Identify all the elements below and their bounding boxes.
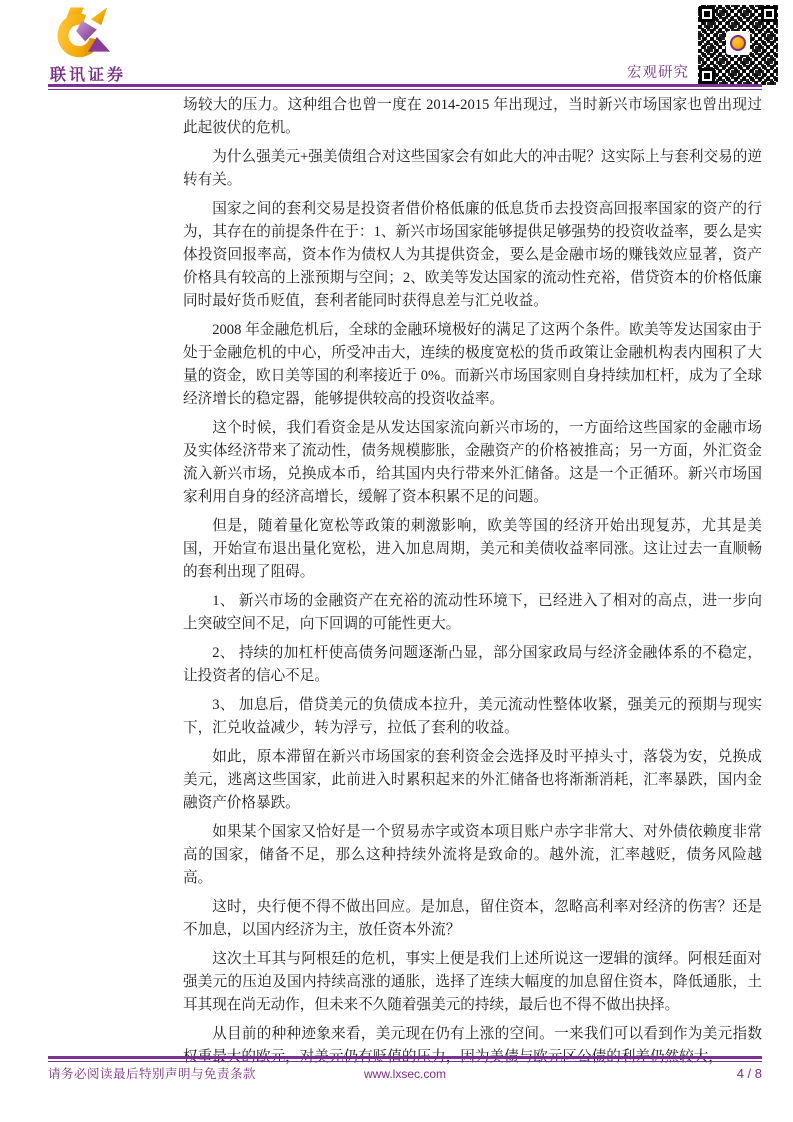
qr-code	[698, 5, 778, 85]
paragraph: 这个时候，我们看资金是从发达国家流向新兴市场的，一方面给这些国家的金融市场及实体…	[183, 417, 762, 509]
paragraph: 2008 年金融危机后，全球的金融环境极好的满足了这两个条件。欧美等发达国家由于…	[183, 319, 762, 411]
report-page: 联讯证券 宏观研究 场较大的压力。这种组合也曾一度在 2014-2015 年出现…	[0, 0, 793, 1122]
header-divider	[48, 84, 762, 90]
brand-logo: 联讯证券	[50, 6, 136, 85]
paragraph-numbered-1: 1、 新兴市场的金融资产在充裕的流动性环境下，已经进入了相对的高点，进一步向上突…	[183, 590, 762, 636]
paragraph: 这时，央行便不得不做出回应。是加息，留住资本，忽略高利率对经济的伤害？还是不加息…	[183, 896, 762, 942]
paragraph: 但是，随着量化宽松等政策的刺激影响，欧美等国的经济开始出现复苏，尤其是美国，开始…	[183, 515, 762, 584]
paragraph-numbered-3: 3、 加息后，借贷美元的负债成本拉升，美元流动性整体收紧，强美元的预期与现实下，…	[183, 694, 762, 740]
footer-divider	[48, 1056, 762, 1062]
qr-finder-icon	[699, 68, 715, 84]
report-category: 宏观研究	[627, 61, 689, 82]
paragraph: 如此，原本滞留在新兴市场国家的套利资金会选择及时平掉头寸，落袋为安，兑换成美元，…	[183, 746, 762, 815]
page-footer: 请务必阅读最后特别声明与免责条款 www.lxsec.com 4 / 8	[48, 1064, 762, 1082]
qr-finder-icon	[761, 6, 777, 22]
brand-name: 联讯证券	[50, 62, 136, 85]
qr-finder-icon	[699, 6, 715, 22]
paragraph: 国家之间的套利交易是投资者借价格低廉的低息货币去投资高回报率国家的资产的行为，其…	[183, 198, 762, 313]
footer-website: www.lxsec.com	[286, 1067, 524, 1081]
document-body: 场较大的压力。这种组合也曾一度在 2014-2015 年出现过，当时新兴市场国家…	[183, 94, 762, 1075]
paragraph: 从目前的种种迹象来看，美元现在仍有上涨的空间。一来我们可以看到作为美元指数权重最…	[183, 1023, 762, 1069]
footer-disclaimer: 请务必阅读最后特别声明与免责条款	[48, 1064, 286, 1082]
footer-page-number: 4 / 8	[524, 1066, 762, 1081]
qr-center-logo-icon	[726, 31, 750, 55]
paragraph: 为什么强美元+强美债组合对这些国家会有如此大的冲击呢？这实际上与套利交易的逆转有…	[183, 146, 762, 192]
paragraph: 如果某个国家又恰好是一个贸易赤字或资本项目账户赤字非常大、对外债依赖度非常高的国…	[183, 821, 762, 890]
paragraph: 场较大的压力。这种组合也曾一度在 2014-2015 年出现过，当时新兴市场国家…	[183, 94, 762, 140]
brand-logo-icon	[50, 6, 126, 62]
paragraph-numbered-2: 2、 持续的加杠杆使高债务问题逐渐凸显，部分国家政局与经济金融体系的不稳定，让投…	[183, 642, 762, 688]
paragraph: 这次土耳其与阿根廷的危机，事实上便是我们上述所说这一逻辑的演绎。阿根廷面对强美元…	[183, 948, 762, 1017]
